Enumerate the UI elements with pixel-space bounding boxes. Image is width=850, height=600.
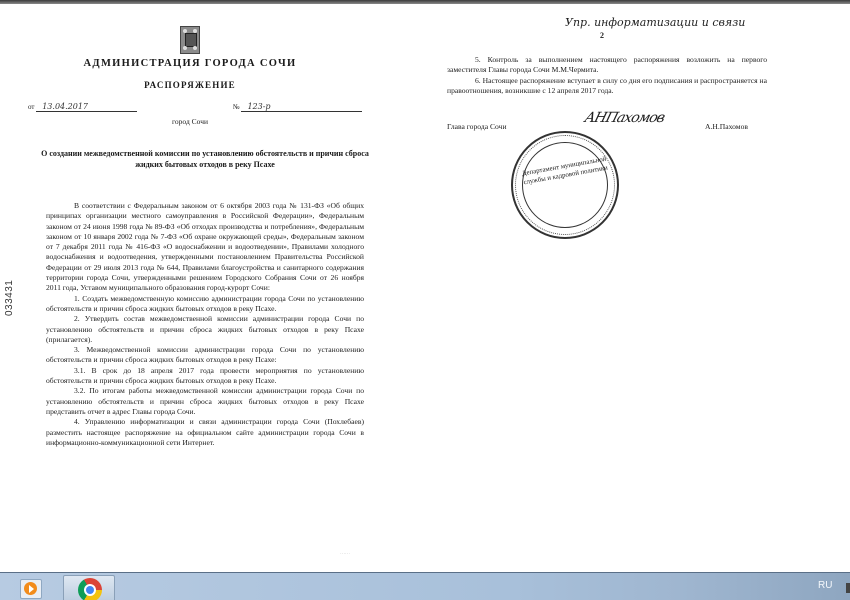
document-date: от 13.04.2017 — [28, 102, 137, 112]
coat-of-arms-icon — [180, 26, 200, 54]
paragraph-5: 5. Контроль за выполнением настоящего ра… — [447, 55, 767, 76]
signatory-name: А.Н.Пахомов — [705, 122, 748, 131]
document-page-1: АДМИНИСТРАЦИЯ ГОРОДА СОЧИ РАСПОРЯЖЕНИЕ о… — [0, 4, 425, 572]
official-stamp: Департамент муниципальной службы и кадро… — [511, 131, 619, 239]
chrome-icon — [78, 578, 102, 600]
faint-mark: ······ — [340, 552, 350, 557]
paragraph-6: 6. Настоящее распоряжение вступает в сил… — [447, 76, 767, 97]
number-prefix: № — [233, 103, 240, 111]
show-desktop-button[interactable] — [846, 583, 850, 593]
paragraph-3-2: 3.2. По итогам работы межведомственной к… — [46, 386, 364, 417]
date-value: 13.04.2017 — [36, 102, 137, 112]
preamble-paragraph: В соответствии с Федеральным законом от … — [46, 201, 364, 294]
document-page-2: Упр. информатизации и связи 2 5. Контрол… — [425, 4, 850, 572]
number-value: 123-р — [241, 102, 362, 112]
paragraph-4: 4. Управлению информатизации и связи адм… — [46, 417, 364, 448]
document-body-continued: 5. Контроль за выполнением настоящего ра… — [447, 55, 767, 96]
document-body: В соответствии с Федеральным законом от … — [46, 201, 364, 448]
document-number: № 123-р — [233, 102, 362, 112]
page-number: 2 — [600, 31, 604, 40]
registration-number: 033431 — [4, 280, 15, 316]
signatory-title: Глава города Сочи — [447, 122, 507, 131]
taskbar: RU — [0, 572, 850, 600]
handwritten-note: Упр. информатизации и связи — [565, 16, 745, 29]
document-type: РАСПОРЯЖЕНИЕ — [0, 80, 380, 90]
document-title: О создании межведомственной комиссии по … — [40, 148, 370, 170]
paragraph-3: 3. Межведомственной комиссии администрац… — [46, 345, 364, 366]
paragraph-2: 2. Утвердить состав межведомственной ком… — [46, 314, 364, 345]
language-indicator[interactable]: RU — [818, 580, 832, 591]
paragraph-3-1: 3.1. В срок до 18 апреля 2017 года прове… — [46, 366, 364, 387]
taskbar-media-player-button[interactable] — [8, 575, 60, 600]
paragraph-1: 1. Создать межведомственную комиссию адм… — [46, 294, 364, 315]
media-player-icon — [20, 579, 42, 599]
organization-name: АДМИНИСТРАЦИЯ ГОРОДА СОЧИ — [0, 58, 380, 69]
signature: АНПахомов — [583, 110, 666, 126]
city-name: город Сочи — [0, 117, 380, 126]
taskbar-chrome-button[interactable] — [63, 575, 115, 600]
date-prefix: от — [28, 103, 34, 111]
